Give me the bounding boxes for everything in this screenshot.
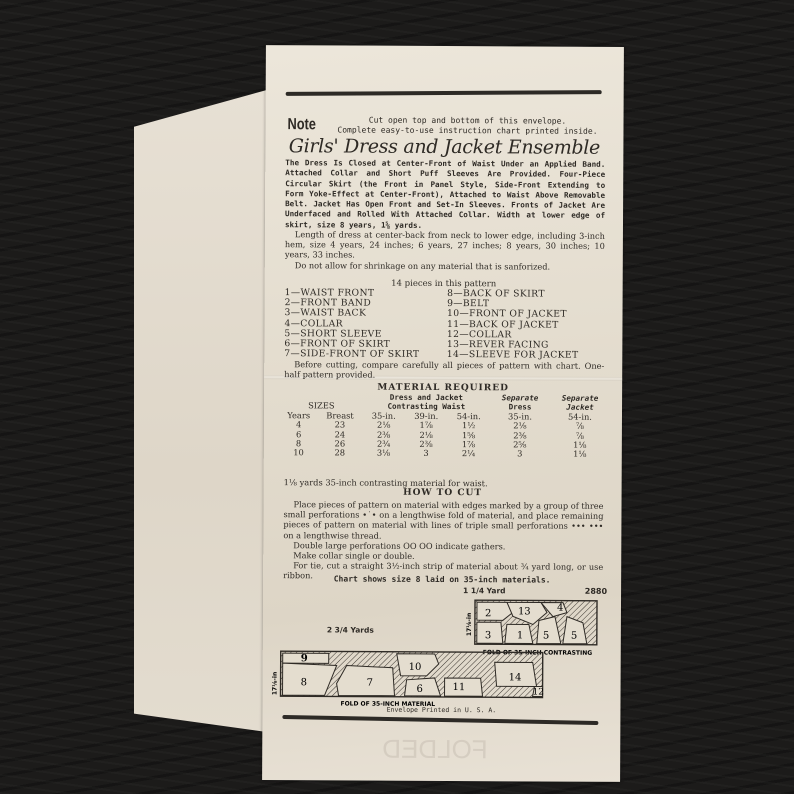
material-table: Dress and Jacket Separate Separate SIZES… xyxy=(280,392,610,460)
svg-text:17⅛-in: 17⅛-in xyxy=(272,672,279,695)
svg-text:2: 2 xyxy=(485,608,491,619)
group-separate-jacket-a: Separate xyxy=(550,394,610,404)
length-text: Length of dress at center-back from neck… xyxy=(285,229,605,261)
how-to-cut-text: Place pieces of pattern on material with… xyxy=(283,499,603,582)
how-to-cut-title: HOW TO CUT xyxy=(264,487,622,499)
svg-text:14: 14 xyxy=(509,672,522,683)
table-cell: 2¼ xyxy=(447,449,490,459)
large-yardage: 2 3/4 Yards xyxy=(327,625,374,634)
svg-text:6: 6 xyxy=(417,684,423,695)
chart-note: Chart shows size 8 laid on 35-inch mater… xyxy=(263,574,621,585)
pattern-title: Girls' Dress and Jacket Ensemble xyxy=(265,135,623,159)
svg-text:11: 11 xyxy=(453,682,466,693)
pattern-envelope: Note Cut open top and bottom of this env… xyxy=(262,45,624,782)
pattern-number: 2880 xyxy=(585,587,607,596)
svg-text:13: 13 xyxy=(518,606,531,617)
pieces-list: 1—WAIST FRONT8—BACK OF SKIRT2—FRONT BAND… xyxy=(284,288,609,361)
before-cutting-note: Before cutting, compare carefully all pi… xyxy=(284,359,604,381)
small-yardage: 1 1/4 Yard xyxy=(463,586,506,595)
note-text: Cut open top and bottom of this envelope… xyxy=(327,115,607,136)
svg-text:9: 9 xyxy=(301,653,308,664)
note-label: Note xyxy=(287,116,319,134)
table-cell: 3 xyxy=(490,450,550,460)
table-cell: 3⅛ xyxy=(362,449,405,459)
length-info: Length of dress at center-back from neck… xyxy=(285,229,605,271)
svg-text:10: 10 xyxy=(409,662,422,673)
table-cell: 1⅛ xyxy=(550,450,610,460)
svg-text:8: 8 xyxy=(301,677,307,688)
before-cutting-text: Before cutting, compare carefully all pi… xyxy=(284,359,604,381)
description: The Dress Is Closed at Center-Front of W… xyxy=(285,158,605,232)
shrinkage-text: Do not allow for shrinkage on any materi… xyxy=(285,260,605,272)
group-separate-dress-a: Separate xyxy=(490,393,550,403)
note-section: Note Cut open top and bottom of this env… xyxy=(287,115,607,137)
svg-text:12: 12 xyxy=(533,687,545,697)
how-p1: Place pieces of pattern on material with… xyxy=(283,499,603,541)
table-cell: 3 xyxy=(405,449,448,459)
table-cell: 28 xyxy=(317,449,362,459)
svg-text:4: 4 xyxy=(557,603,563,614)
show-through-text: FOLDED xyxy=(382,734,488,766)
envelope-back-flap xyxy=(134,88,274,733)
table-row: 10283⅛32¼31⅛ xyxy=(280,449,610,460)
svg-text:7: 7 xyxy=(367,678,373,689)
table-cell: 10 xyxy=(280,449,318,459)
top-rule xyxy=(286,90,602,96)
